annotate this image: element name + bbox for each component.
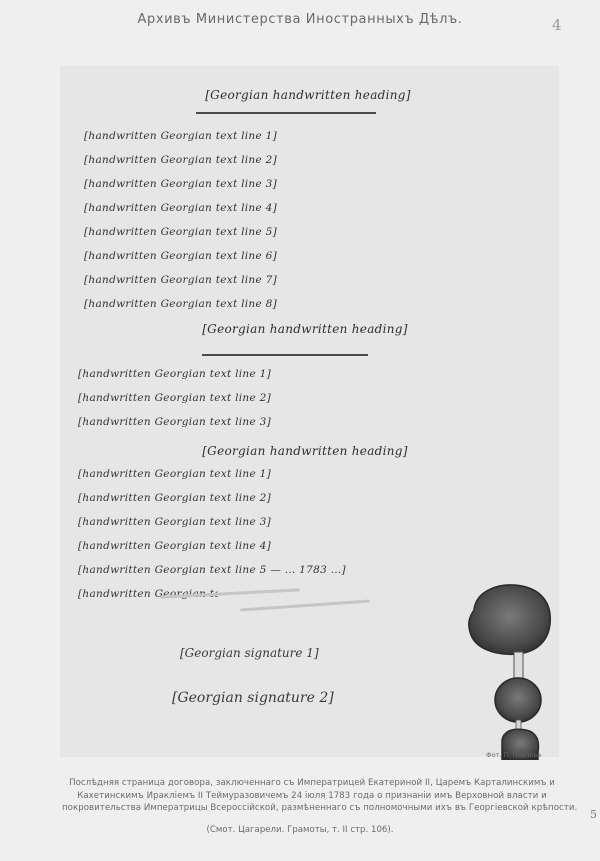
signature-1: [Georgian signature 1] bbox=[180, 646, 319, 660]
manuscript-heading-2: [Georgian handwritten heading] bbox=[200, 322, 410, 336]
page-header: Архивъ Министерства Иностранныхъ Дѣлъ. bbox=[0, 12, 600, 27]
manuscript-heading-3: [Georgian handwritten heading] bbox=[200, 444, 410, 458]
manuscript-line: [handwritten Georgian text line 5] bbox=[84, 226, 536, 240]
signature-2: [Georgian signature 2] bbox=[172, 690, 334, 706]
manuscript-line: [handwritten Georgian text line 8] bbox=[84, 298, 384, 312]
manuscript-line: [handwritten Georgian text line 3] bbox=[78, 516, 536, 530]
wax-seals-image bbox=[452, 580, 562, 760]
photo-credit: Фот. П. Павлова bbox=[486, 751, 541, 759]
manuscript-line: [handwritten Georgian text line 4] bbox=[78, 540, 536, 554]
manuscript-line: [handwritten Georgian text line 6] bbox=[84, 250, 536, 264]
page-number: 4 bbox=[552, 16, 562, 34]
heading-1-underline bbox=[196, 112, 376, 114]
heading-2-underline bbox=[202, 354, 368, 356]
manuscript-line: [handwritten Georgian text line 5 — … 17… bbox=[78, 564, 536, 578]
manuscript-line: [handwritten Georgian text line 1] bbox=[78, 368, 536, 382]
manuscript-line: [handwritten Georgian text line 4] bbox=[84, 202, 536, 216]
manuscript-plate: [Georgian handwritten heading] [handwrit… bbox=[60, 66, 559, 757]
caption-line: Послѣдняя страница договора, заключеннаг… bbox=[62, 777, 562, 790]
manuscript-line: [handwritten Georgian text line 7] bbox=[84, 274, 536, 288]
manuscript-line: [handwritten Georgian text line 2] bbox=[78, 492, 478, 506]
manuscript-line: [handwritten Georgian text line 3] bbox=[84, 178, 536, 192]
manuscript-line: [handwritten Georgian text line 2] bbox=[78, 392, 536, 406]
manuscript-heading-1: [Georgian handwritten heading] bbox=[198, 88, 418, 102]
pencil-stroke bbox=[240, 599, 370, 611]
caption: Послѣдняя страница договора, заключеннаг… bbox=[62, 777, 562, 815]
caption-line: покровительства Императрицы Всероссійско… bbox=[62, 802, 562, 815]
manuscript-line: [handwritten Georgian text line 3] bbox=[78, 416, 278, 430]
caption-source: (Смот. Цагарели. Грамоты, т. II стр. 106… bbox=[0, 825, 600, 835]
manuscript-line: [handwritten Georgian text line 1] bbox=[84, 130, 536, 144]
manuscript-line: [handwritten Georgian text line 2] bbox=[84, 154, 536, 168]
margin-mark: 5 bbox=[590, 808, 597, 821]
caption-line: Кахетинскимъ Иракліемъ II Теймуразовичем… bbox=[62, 790, 562, 803]
manuscript-line: [handwritten Georgian text line 1] bbox=[78, 468, 536, 482]
